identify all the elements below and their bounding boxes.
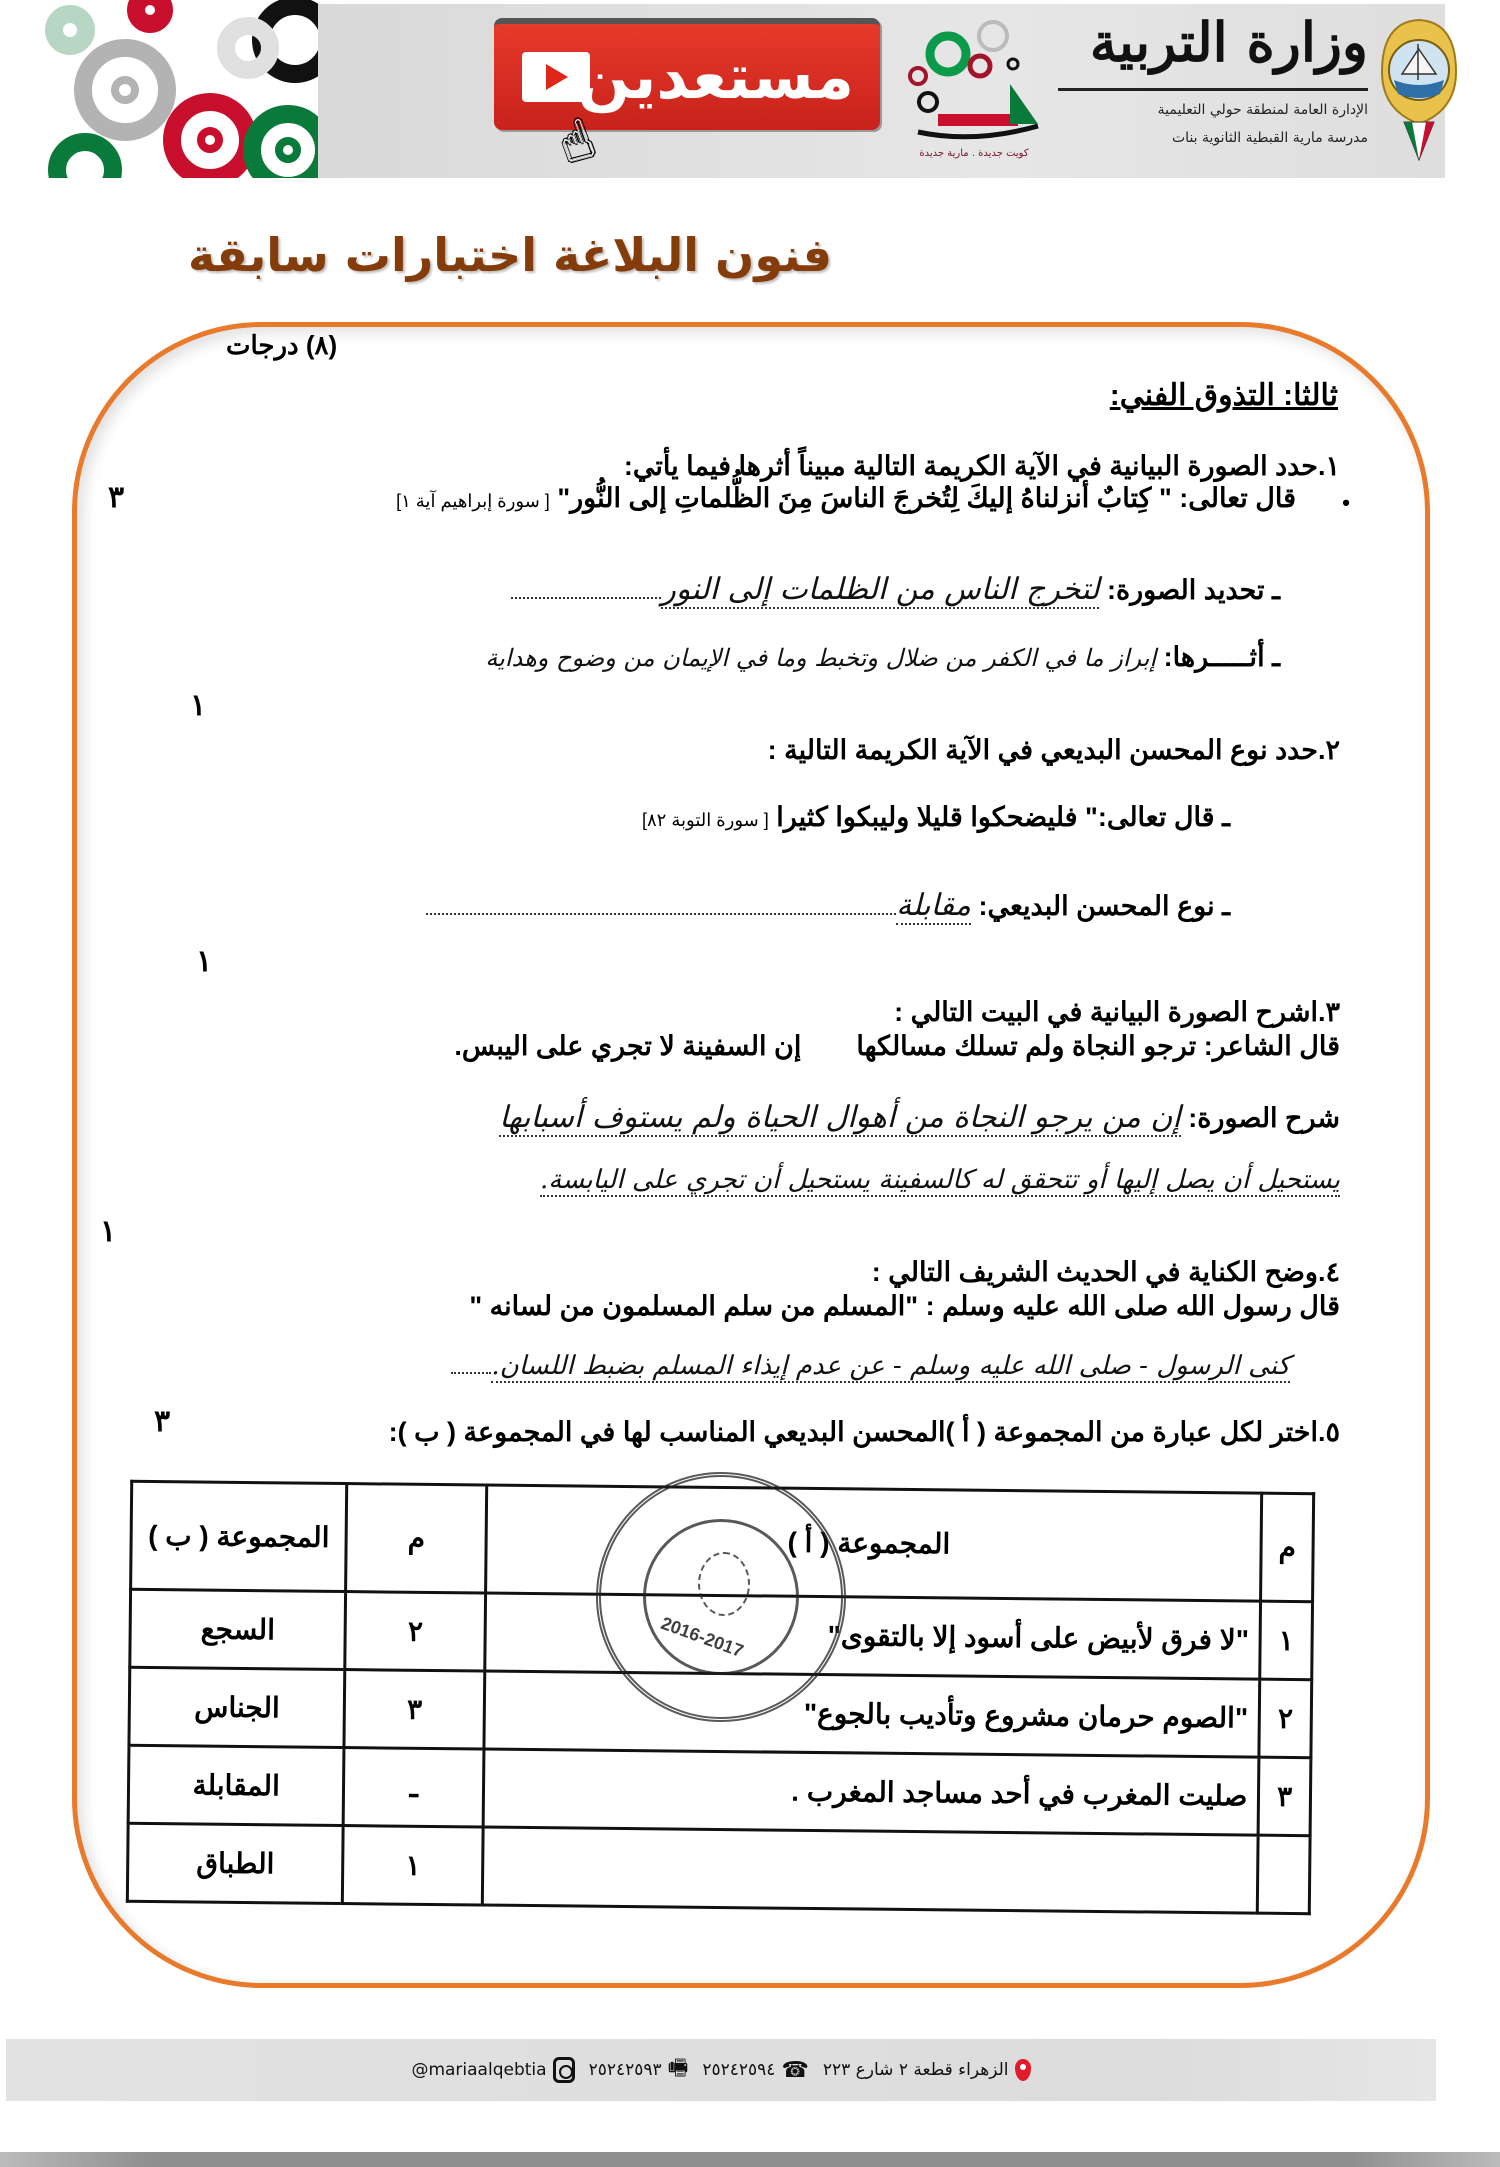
exam-content: (٨) درجات ثالثا: التذوق الفني: ١.حدد الص…	[96, 330, 1350, 1960]
school-logo-icon: كويت جديدة . مارية جديدة	[898, 14, 1050, 164]
group-a-cell: صليت المغرب في أحد مساجد المغرب .	[483, 1749, 1259, 1835]
field-label: أثـــــرها:	[1164, 642, 1265, 672]
page-title: فنون البلاغة اختبارات سابقة	[180, 228, 840, 282]
group-a-cell: "الصوم حرمان مشروع وتأديب بالجوع"	[484, 1671, 1260, 1757]
question-2-prompt: ٢.حدد نوع المحسن البديعي في الآية الكريم…	[768, 736, 1340, 766]
field-label: تحديد الصورة:	[1107, 575, 1265, 605]
table-row: ١ الطباق	[127, 1823, 1310, 1913]
header-group-b: المجموعة ( ب )	[131, 1481, 347, 1591]
footer-instagram[interactable]: @mariaalqebtia	[411, 2057, 574, 2083]
question-5-prompt: ٥.اختر لكل عبارة من المجموعة ( أ )المحسن…	[389, 1418, 1340, 1448]
stamp-seal-icon	[698, 1552, 750, 1616]
bottom-bar	[0, 2152, 1500, 2167]
question-1-image-answer[interactable]: لتخرج الناس من الظلمات إلى النور	[661, 572, 1099, 609]
question-4-answer-field: كنى الرسول - صلى الله عليه وسلم - عن عدم…	[451, 1350, 1290, 1383]
footer-address: الزهراء قطعة ٢ شارع ٢٢٣	[823, 2059, 1031, 2081]
banner-right: ☝ مستعدين كويت جديدة . مارية جديدة وزارة…	[318, 4, 1445, 178]
question-5-score: ٣	[154, 1404, 170, 1439]
verse-first-hemistich: قال الشاعر: ترجو النجاة ولم تسلك مسالكها	[856, 1031, 1340, 1061]
match-answer[interactable]: ٢	[345, 1592, 486, 1671]
group-a-cell	[483, 1827, 1259, 1913]
section-title: ثالثا: التذوق الفني:	[1110, 378, 1338, 413]
youtube-channel-button[interactable]: ☝ مستعدين	[494, 18, 880, 130]
gears-decoration	[30, 0, 318, 178]
question-2-reference: [ سورة التوبة ٨٢]	[642, 810, 769, 830]
match-answer[interactable]: ـ	[343, 1748, 484, 1827]
field-label: شرح الصورة:	[1188, 1103, 1340, 1133]
header-num: م	[1261, 1493, 1314, 1602]
row-num: ١	[1260, 1601, 1312, 1680]
header-match: م	[346, 1484, 487, 1593]
phone-number: ٢٥٢٤٢٥٩٤	[702, 2060, 775, 2080]
gears-icon	[30, 0, 318, 178]
question-3-side-score: ١	[100, 1214, 116, 1249]
kuwait-emblem-icon	[1374, 14, 1464, 164]
location-pin-icon	[1015, 2059, 1031, 2081]
question-1-side-score: ١	[190, 688, 206, 723]
field-label: ـ نوع المحسن البديعي:	[979, 891, 1230, 921]
question-1-prompt: ١.حدد الصورة البيانية في الآية الكريمة ا…	[624, 452, 1340, 482]
question-4-answer[interactable]: كنى الرسول - صلى الله عليه وسلم - عن عدم…	[491, 1351, 1290, 1383]
ministry-title: وزارة التربية	[1056, 10, 1368, 74]
row-num: ٢	[1259, 1679, 1311, 1758]
fax-number: ٢٥٢٤٢٥٩٣	[589, 2060, 662, 2080]
bullet-icon: •	[1342, 490, 1350, 516]
question-3-answer-line-2-wrap: يستحيل أن يصل إليها أو تتحقق له كالسفينة…	[540, 1164, 1340, 1197]
school-name: مدرسة مارية القبطية الثانوية بنات	[1056, 130, 1368, 146]
question-1-score: ٣	[108, 480, 124, 515]
question-2-side-score: ١	[196, 944, 212, 979]
question-2-quote: ـ قال تعالى:" فليضحكوا قليلا وليبكوا كثي…	[642, 802, 1230, 833]
header-banner: ☝ مستعدين كويت جديدة . مارية جديدة وزارة…	[30, 0, 1445, 178]
phone-icon: ☎	[781, 2058, 808, 2083]
instagram-handle[interactable]: @mariaalqebtia	[411, 2060, 546, 2080]
question-1-reference: [ سورة إبراهيم آية ١]	[396, 491, 550, 511]
fax-icon: 🖷	[668, 2051, 689, 2089]
match-answer[interactable]: ١	[343, 1826, 484, 1905]
table-row: ٣ صليت المغرب في أحد مساجد المغرب . ـ ال…	[128, 1745, 1311, 1835]
question-2-device-field: ـ نوع المحسن البديعي: مقابلة	[426, 888, 1230, 925]
question-3-verse: قال الشاعر: ترجو النجاة ولم تسلك مسالكها…	[454, 1032, 1340, 1062]
group-b-cell: الجناس	[129, 1667, 345, 1747]
directorate-name: الإدارة العامة لمنطقة حولي التعليمية	[1056, 102, 1368, 118]
footer-phone: ٢٥٢٤٢٥٩٤ ☎	[702, 2058, 808, 2083]
group-b-cell: المقابلة	[128, 1745, 344, 1825]
question-1-effect-field: ـ أثـــــرها: إبراز ما في الكفر من ضلال …	[485, 642, 1280, 673]
youtube-button-label: مستعدين	[577, 32, 854, 122]
official-stamp: 2016-2017	[596, 1472, 846, 1722]
svg-text:كويت جديدة . مارية جديدة: كويت جديدة . مارية جديدة	[919, 148, 1028, 159]
question-3-explanation-field: شرح الصورة: إن من يرجو النجاة من أهوال ا…	[499, 1100, 1340, 1137]
question-4-prompt: ٤.وضح الكناية في الحديث الشريف التالي :	[872, 1258, 1340, 1288]
question-3-answer-line-2[interactable]: يستحيل أن يصل إليها أو تتحقق له كالسفينة…	[540, 1165, 1340, 1197]
match-answer[interactable]: ٣	[344, 1670, 485, 1749]
question-1-image-field: ـ تحديد الصورة: لتخرج الناس من الظلمات إ…	[511, 572, 1280, 609]
question-1-effect-answer[interactable]: إبراز ما في الكفر من ضلال وتخبط وما في ا…	[485, 644, 1156, 672]
marks-label: (٨) درجات	[226, 330, 337, 361]
question-2-device-answer[interactable]: مقابلة	[896, 888, 971, 925]
row-num	[1258, 1835, 1310, 1914]
instagram-icon	[553, 2057, 575, 2083]
question-4-hadith: قال رسول الله صلى الله عليه وسلم : "المس…	[469, 1292, 1340, 1322]
question-3-prompt: ٣.اشرح الصورة البيانية في البيت التالي :	[894, 998, 1340, 1028]
row-num: ٣	[1258, 1757, 1310, 1836]
question-1-quote: قال تعالى: " كِتابٌ أنزلناهُ إليكَ لِتُخ…	[396, 484, 1296, 514]
group-b-cell: السجع	[130, 1589, 346, 1669]
ministry-divider	[1058, 88, 1368, 91]
group-b-cell: الطباق	[127, 1823, 343, 1903]
question-3-answer-line-1[interactable]: إن من يرجو النجاة من أهوال الحياة ولم يس…	[499, 1100, 1181, 1137]
address-text: الزهراء قطعة ٢ شارع ٢٢٣	[823, 2060, 1009, 2080]
footer-fax: ٢٥٢٤٢٥٩٣ 🖷	[589, 2051, 689, 2089]
footer-contact-bar: @mariaalqebtia ٢٥٢٤٢٥٩٣ 🖷 ٢٥٢٤٢٥٩٤ ☎ الز…	[6, 2039, 1436, 2101]
verse-second-hemistich: إن السفينة لا تجري على اليبس.	[454, 1031, 801, 1061]
